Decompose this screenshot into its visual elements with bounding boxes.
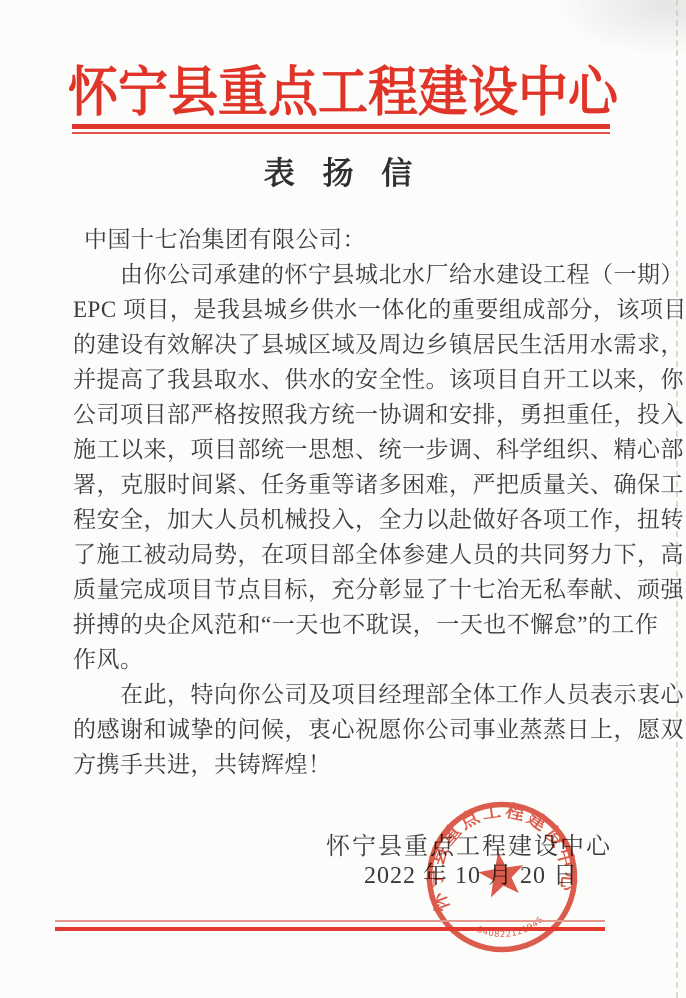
body-line: 在此，特向你公司及项目经理部全体工作人员表示衷心 — [73, 677, 614, 712]
body-line: 作风。 — [73, 642, 614, 677]
document-title: 表 扬 信 — [60, 148, 626, 193]
letterhead-org-title: 怀宁县重点工程建设中心 — [60, 49, 626, 127]
letter-body: 中国十七冶集团有限公司： 由你公司承建的怀宁县城北水厂给水建设工程（一期） EP… — [73, 222, 614, 782]
body-line: 的感谢和诚挚的问候，衷心祝愿你公司事业蒸蒸日上，愿双 — [73, 712, 614, 747]
letter-page: 怀宁县重点工程建设中心 表 扬 信 中国十七冶集团有限公司： 由你公司承建的怀宁… — [0, 0, 686, 998]
body-line: 并提高了我县取水、供水的安全性。该项目自开工以来，你 — [73, 362, 614, 397]
body-line: 署，克服时间紧、任务重等诸多困难，严把质量关、确保工 — [73, 467, 614, 502]
body-line: 的建设有效解决了县城区域及周边乡镇居民生活用水需求， — [73, 327, 614, 362]
body-line: 了施工被动局势，在项目部全体参建人员的共同努力下，高 — [73, 537, 614, 572]
seal-star-icon — [476, 849, 528, 899]
body-line: 质量完成项目节点目标，充分彰显了十七冶无私奉献、顽强 — [73, 572, 614, 607]
body-line: 公司项目部严格按照我方统一协调和安排，勇担重任，投入 — [73, 397, 614, 432]
body-line: 程安全，加大人员机械投入，全力以赴做好各项工作，扭转 — [73, 502, 614, 537]
footer-rule-thick — [55, 927, 605, 931]
salutation: 中国十七冶集团有限公司： — [73, 222, 614, 257]
header-rule-thin — [72, 132, 610, 134]
page-edge-line — [676, 0, 678, 998]
body-line: EPC 项目，是我县城乡供水一体化的重要组成部分，该项目 — [73, 292, 614, 327]
official-seal: 怀宁县重点工程建设中心 3408221219468 — [405, 780, 600, 975]
footer-rule-thin — [55, 920, 605, 922]
body-line: 施工以来，项目部统一思想、统一步调、科学组织、精心部 — [73, 432, 614, 467]
body-line: 由你公司承建的怀宁县城北水厂给水建设工程（一期） — [73, 257, 614, 292]
body-line: 拼搏的央企风范和“一天也不耽误，一天也不懈怠”的工作 — [73, 607, 614, 642]
header-rule-thick — [72, 124, 610, 129]
body-line: 方携手共进，共铸辉煌！ — [73, 747, 614, 782]
